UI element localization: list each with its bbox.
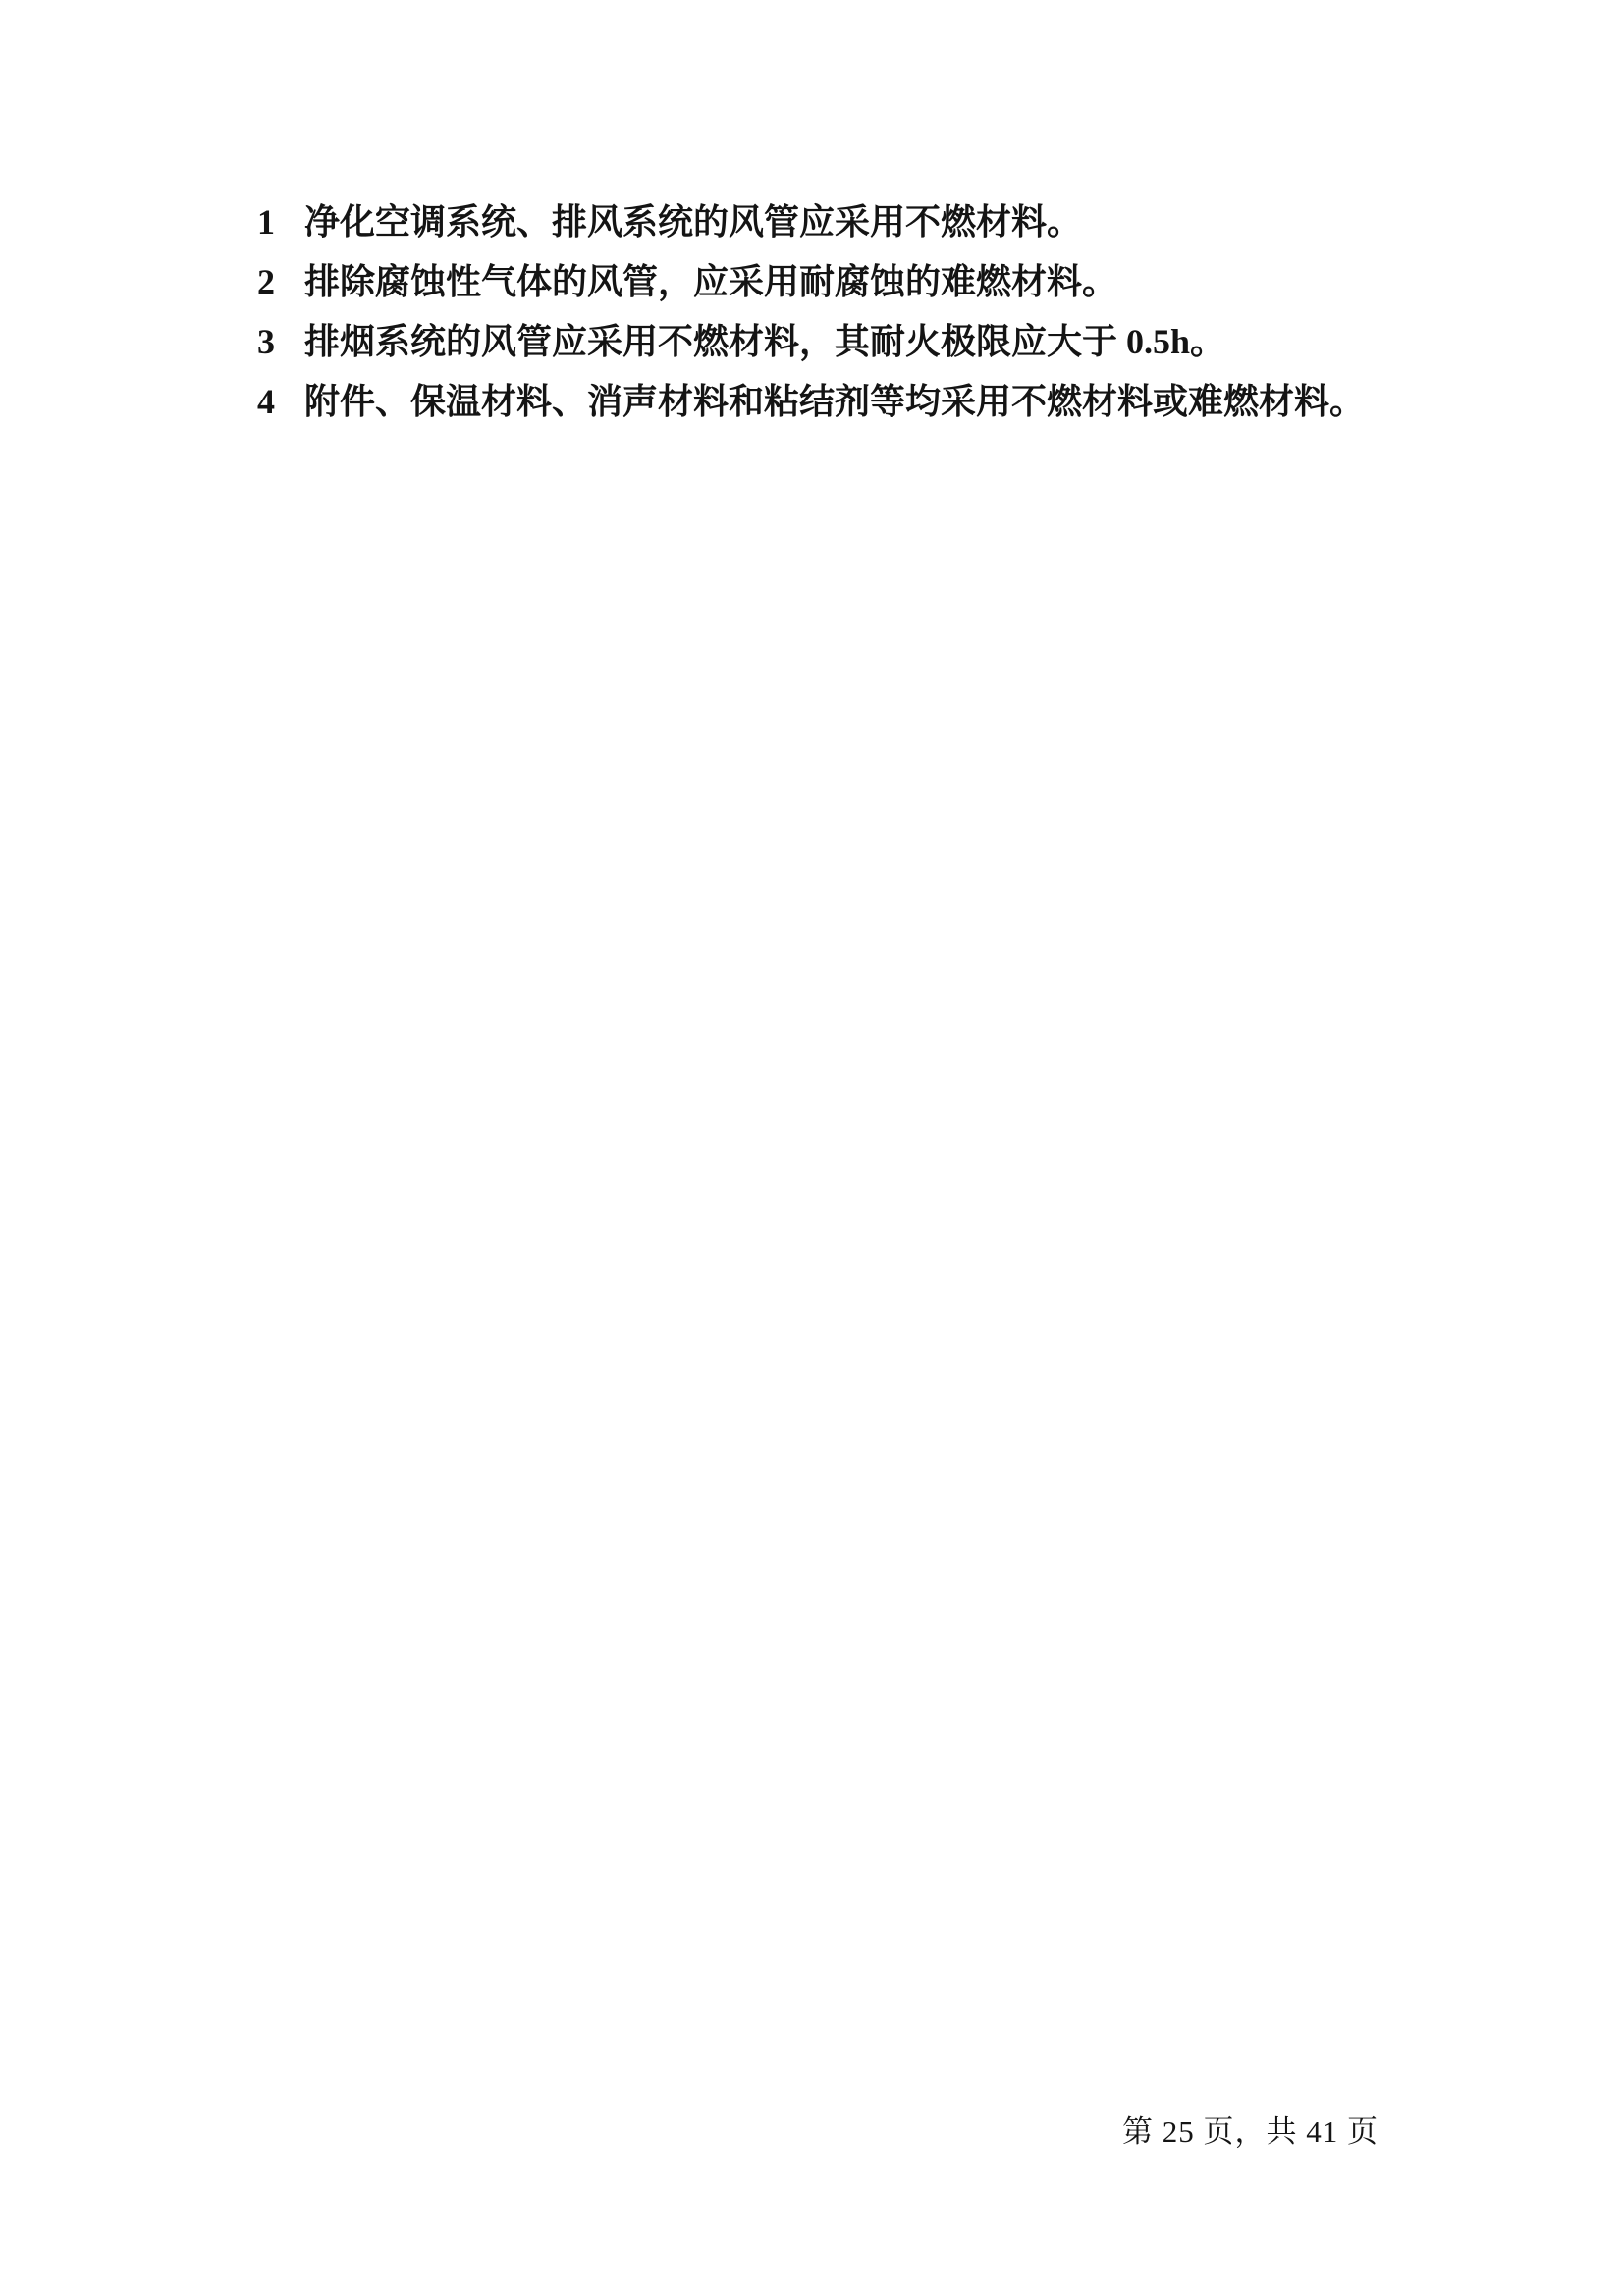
- list-item-text: 附件、保温材料、消声材料和粘结剂等均采用不燃材料或难燃材料。: [304, 372, 1365, 432]
- list-item-number: 3: [257, 312, 304, 372]
- page-footer: 第 25 页，共 41 页: [1122, 2112, 1379, 2152]
- list-item: 4 附件、保温材料、消声材料和粘结剂等均采用不燃材料或难燃材料。: [257, 372, 1435, 432]
- page-number: 第 25 页，共 41 页: [1122, 2114, 1379, 2149]
- list-item-number: 4: [257, 372, 304, 432]
- list-item-number: 1: [257, 192, 304, 252]
- list-item-number: 2: [257, 252, 304, 312]
- list-item-text: 排烟系统的风管应采用不燃材料，其耐火极限应大于 0.5h。: [304, 312, 1225, 372]
- document-page: 1 净化空调系统、排风系统的风管应采用不燃材料。 2 排除腐蚀性气体的风管，应采…: [0, 0, 1623, 2296]
- list-item: 3 排烟系统的风管应采用不燃材料，其耐火极限应大于 0.5h。: [257, 312, 1435, 372]
- list-item: 1 净化空调系统、排风系统的风管应采用不燃材料。: [257, 192, 1435, 252]
- list-item-text: 排除腐蚀性气体的风管，应采用耐腐蚀的难燃材料。: [304, 252, 1117, 312]
- list-item-text: 净化空调系统、排风系统的风管应采用不燃材料。: [304, 192, 1082, 252]
- numbered-list: 1 净化空调系统、排风系统的风管应采用不燃材料。 2 排除腐蚀性气体的风管，应采…: [257, 192, 1435, 432]
- list-item: 2 排除腐蚀性气体的风管，应采用耐腐蚀的难燃材料。: [257, 252, 1435, 312]
